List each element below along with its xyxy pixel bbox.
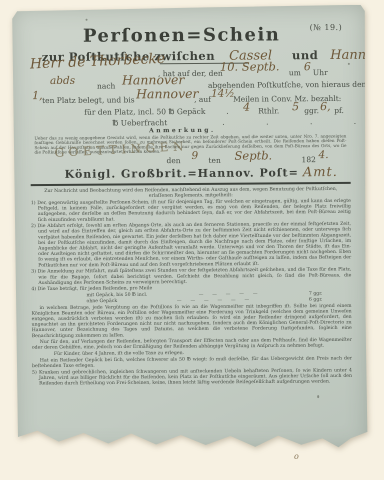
fare-rthlr-handwritten: 4 — [243, 101, 250, 114]
regulation-4-continued: in welchem Betrage, jede Vergütung an di… — [32, 303, 352, 339]
regulation-5: 5) Kranken und gebrechlichen, ingleichen… — [32, 367, 352, 386]
photograph-background: { "header": { "number": "(№ 19.)", "titl… — [0, 0, 384, 480]
ink-speck — [86, 19, 88, 21]
ink-speck — [348, 63, 350, 65]
tariff-label: ohne Gepäck — [86, 298, 117, 304]
regulation-3: 3) Die Anmeldung zur Mitfahrt, muß ſpäte… — [31, 267, 351, 286]
dateline-day-handwritten: 9 — [191, 150, 198, 162]
issuer-line: Königl. Großbrit.=Hannov. Poſt=Amt. — [65, 165, 338, 182]
miles-handwritten: 14½ — [211, 88, 235, 100]
ink-speck — [317, 395, 319, 398]
daypart-handwritten: abds — [50, 75, 75, 87]
departure-hour-handwritten: 6 — [304, 60, 311, 73]
um-label: um — [289, 68, 301, 77]
document-title: Perſonen=Schein — [12, 24, 352, 47]
seat-number-handwritten: 1, — [32, 89, 43, 102]
line3-printed-b: , auf — [194, 95, 211, 104]
issuer-printed: Königl. Großbrit.=Hannov. Poſt= — [65, 166, 299, 181]
regulations-text: Zur Nachricht und Beobachtung wird den R… — [31, 186, 352, 387]
ticket-paper: (№ 19.) Perſonen=Schein zur Poſtkutſche … — [11, 5, 368, 451]
overweight-label: ℔ Ueberfracht — [112, 118, 167, 127]
dateline-ten: ten — [208, 156, 220, 165]
regulation-2: 2) Die Abfahrt erfolgt, ſowohl am erſten… — [31, 221, 351, 268]
section-divider-rule — [31, 182, 351, 186]
tariff-value: 6 ggr. — [309, 297, 323, 303]
collection-mark-handwritten: o — [294, 452, 299, 461]
dateline-den: den — [166, 156, 180, 165]
fare-dot: . — [226, 107, 228, 116]
fare-pf-handwritten: 6, — [320, 100, 331, 113]
tariff-label: mit Gepäck, bis 50 ℔ incl. — [86, 292, 147, 298]
regulation-1: 1) Der, gegenwärtig ausgeſtellte Perſone… — [31, 198, 351, 223]
fare-label: für den Platz, incl. 50 ℔ Gepäck — [84, 107, 205, 117]
fare-ggr-handwritten: 5 — [292, 100, 299, 113]
regulation-4-transport: Nur für den, auf Verlangen der Reiſenden… — [32, 337, 352, 350]
rthlr-label: Rthlr. — [258, 106, 279, 115]
nach-label: nach — [97, 82, 115, 91]
ticket-paper-shadow: (№ 19.) Perſonen=Schein zur Poſtkutſche … — [13, 6, 367, 450]
ggr-label: ggr. — [304, 106, 319, 115]
destination-handwritten: Hannover — [330, 48, 368, 63]
dateline-month-handwritten: Septb. — [234, 148, 272, 162]
bis-destination-handwritten: Hannover — [136, 86, 199, 101]
pf-label: pf. — [334, 106, 344, 115]
departure-date-handwritten: 10. Septb. — [220, 59, 280, 73]
uhr-label: Uhr — [313, 68, 328, 77]
dateline-year-printed: 182 — [301, 155, 315, 164]
dateline-year-handwritten: 4. — [318, 149, 328, 161]
tariff-value: 7 ggr. — [309, 291, 323, 297]
line3-printed-a: ten Platz belegt, und bis — [42, 95, 135, 105]
issuer-amt-handwritten: Amt. — [303, 165, 338, 180]
